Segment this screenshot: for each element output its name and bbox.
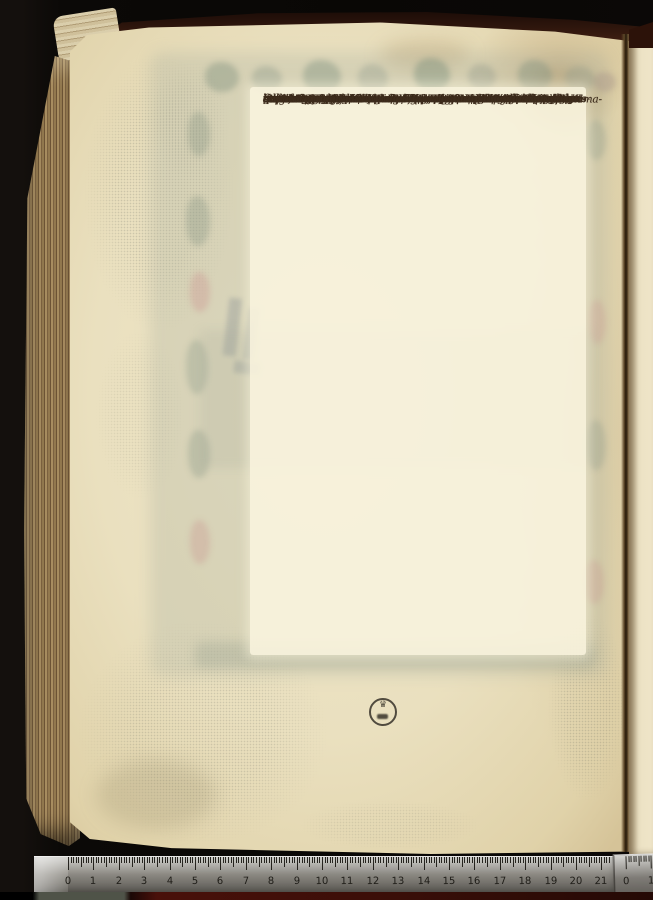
ruler-tick <box>505 857 506 863</box>
ruler-number: 16 <box>468 876 481 887</box>
ruler-tick <box>584 857 585 863</box>
ruler-tick <box>446 857 447 863</box>
ruler-tick <box>558 857 559 863</box>
ruler-tick <box>416 857 417 863</box>
show-through-blob <box>594 72 616 92</box>
ruler-tick <box>101 857 102 863</box>
ruler-tick <box>563 857 564 867</box>
ruler-number: 21 <box>595 876 608 887</box>
ruler-tick <box>132 857 133 867</box>
ruler-tick <box>203 857 204 863</box>
ruler-tick <box>96 857 97 863</box>
ruler-tick <box>330 857 331 863</box>
ruler-tick <box>210 857 211 863</box>
ruler-tick <box>441 857 442 863</box>
ruler-number: 18 <box>519 876 532 887</box>
ruler-tick <box>253 857 254 863</box>
crown-icon: ♛ <box>371 700 395 710</box>
ruler-tick <box>116 857 117 863</box>
ruler-tick <box>88 857 89 863</box>
ruler-tick <box>144 857 145 870</box>
ruler-tick <box>604 857 605 863</box>
ruler-tick <box>76 857 77 863</box>
ruler-tick <box>628 856 629 862</box>
ruler-tick <box>383 857 384 863</box>
ruler-tick <box>124 857 125 863</box>
ruler-tick <box>307 857 308 863</box>
ruler-tick <box>342 857 343 863</box>
ruler-tick <box>411 857 412 867</box>
ruler-tick <box>284 857 285 867</box>
ruler-tick <box>322 857 323 870</box>
ruler-number: 0 <box>65 876 72 887</box>
ruler-tick <box>533 857 534 863</box>
ruler-number: 4 <box>166 876 173 887</box>
ruler-tick <box>121 857 122 863</box>
ruler-tick <box>457 857 458 863</box>
ruler-tick <box>633 856 634 862</box>
ruler-tick <box>213 857 214 863</box>
ruler-tick <box>309 857 310 867</box>
ruler-tick <box>375 857 376 863</box>
ruler-tick <box>635 856 636 862</box>
ruler-tick <box>469 857 470 863</box>
ruler-tick <box>368 857 369 863</box>
ruler-tick <box>68 857 69 870</box>
ruler-end-cap <box>34 856 68 896</box>
ruler-tick <box>391 857 392 863</box>
ruler-tick <box>408 857 409 863</box>
ruler-number: 19 <box>544 876 557 887</box>
ruler-tick <box>142 857 143 863</box>
ruler-tick <box>192 857 193 863</box>
ruler-tick <box>165 857 166 863</box>
ruler-tick <box>472 857 473 863</box>
ruler-tick <box>256 857 257 863</box>
ruler-tick <box>398 857 399 870</box>
ruler-tick <box>606 857 607 863</box>
ruler-tick <box>530 857 531 863</box>
ruler-tick <box>332 857 333 863</box>
ruler-tick <box>198 857 199 863</box>
ruler-tick <box>162 857 163 863</box>
ruler-tick <box>523 857 524 863</box>
ruler-tick <box>352 857 353 863</box>
ruler-number: 1 <box>648 875 653 886</box>
ruler-tick <box>599 857 600 863</box>
ruler-tick <box>314 857 315 863</box>
ruler-number: 9 <box>293 876 300 887</box>
ruler-tick <box>650 855 651 868</box>
ruler-number: 17 <box>493 876 506 887</box>
ruler-tick <box>228 857 229 863</box>
ruler-tick <box>220 857 221 870</box>
ruler-tick <box>177 857 178 863</box>
ruler-tick <box>83 857 84 863</box>
ruler-tick <box>589 857 590 867</box>
ruler-tick <box>200 857 201 863</box>
ruler-tick <box>380 857 381 863</box>
ruler-tick <box>594 857 595 863</box>
ruler-tick <box>225 857 226 863</box>
ruler-tick <box>586 857 587 863</box>
ruler-tick <box>137 857 138 863</box>
ruler-tick <box>317 857 318 863</box>
ruler-tick <box>643 856 644 862</box>
ruler-tick <box>355 857 356 863</box>
ruler-tick <box>454 857 455 863</box>
ruler-tick <box>243 857 244 863</box>
ruler-number: 8 <box>268 876 275 887</box>
ruler-tick <box>264 857 265 863</box>
ruler-tick <box>640 856 641 862</box>
ruler-tick <box>579 857 580 863</box>
ruler-tick <box>119 857 120 870</box>
ruler-tick <box>403 857 404 863</box>
ruler-tick <box>248 857 249 863</box>
ruler-tick <box>477 857 478 863</box>
ruler-tick <box>241 857 242 863</box>
ruler-number: 15 <box>443 876 456 887</box>
ruler-tick <box>185 857 186 863</box>
ruler-tick <box>231 857 232 863</box>
show-through-blob <box>586 120 606 160</box>
ruler-tick <box>261 857 262 863</box>
ruler-tick <box>345 857 346 863</box>
ruler-tick <box>439 857 440 863</box>
ruler-tick <box>576 857 577 870</box>
ruler-tick <box>223 857 224 863</box>
ruler-tick <box>236 857 237 863</box>
ruler-tick <box>106 857 107 867</box>
ruler-tick <box>500 857 501 870</box>
ruler-tick <box>233 857 234 867</box>
show-through-blob <box>188 112 210 156</box>
ruler-tick <box>609 857 610 863</box>
ruler-tick <box>535 857 536 863</box>
ruler-tick <box>360 857 361 867</box>
ruler-tick <box>464 857 465 863</box>
ruler-tick <box>370 857 371 863</box>
ruler-tick <box>365 857 366 863</box>
ruler-tick <box>479 857 480 863</box>
ruler-tick <box>373 857 374 870</box>
ruler-tick <box>304 857 305 863</box>
ruler-tick <box>187 857 188 863</box>
ruler-tick <box>91 857 92 863</box>
show-through-blob <box>190 272 210 312</box>
manuscript-line: impatorem uellent alter non eet electus.… <box>263 92 566 109</box>
ruler-tick <box>218 857 219 863</box>
ruler-tick <box>421 857 422 863</box>
ruler-tick <box>513 857 514 867</box>
ruler-tick <box>467 857 468 863</box>
ruler-tick <box>134 857 135 863</box>
ruler-tick <box>205 857 206 863</box>
ruler-tick <box>159 857 160 863</box>
ruler-tick <box>154 857 155 863</box>
ruler-tick <box>507 857 508 863</box>
ruler-number: 20 <box>570 876 583 887</box>
ruler-tick <box>98 857 99 863</box>
ruler-tick <box>337 857 338 863</box>
ruler-tick <box>492 857 493 863</box>
ruler-tick <box>347 857 348 870</box>
ruler-tick <box>292 857 293 863</box>
ruler-tick <box>591 857 592 863</box>
facing-page-edge <box>629 30 653 854</box>
ruler-tick <box>434 857 435 863</box>
ruler-tick <box>312 857 313 863</box>
ruler-number: 5 <box>192 876 199 887</box>
ruler-tick <box>81 857 82 867</box>
ruler-tick <box>510 857 511 863</box>
ruler-tick <box>474 857 475 870</box>
ruler-number: 6 <box>217 876 224 887</box>
ruler-number: 3 <box>141 876 148 887</box>
ruler-tick <box>157 857 158 867</box>
ruler-tick <box>540 857 541 863</box>
ruler-tick <box>274 857 275 863</box>
ruler-tick <box>551 857 552 870</box>
ruler-tick <box>449 857 450 870</box>
ruler-tick <box>497 857 498 863</box>
ruler-tick <box>452 857 453 863</box>
ruler-tick <box>297 857 298 870</box>
ruler-number: 2 <box>116 876 123 887</box>
ruler-tick <box>482 857 483 863</box>
ruler-tick <box>485 857 486 863</box>
ruler-number: 0 <box>623 876 630 887</box>
ruler-tick <box>147 857 148 863</box>
ruler-tick <box>208 857 209 867</box>
ruler-tick <box>238 857 239 863</box>
ruler-tick <box>170 857 171 870</box>
ruler-number: 14 <box>417 876 430 887</box>
ruler-tick <box>129 857 130 863</box>
ruler-tick <box>104 857 105 863</box>
ruler-tick <box>167 857 168 863</box>
ruler-tick <box>431 857 432 863</box>
ruler-tick <box>515 857 516 863</box>
ruler-number: 13 <box>392 876 405 887</box>
ruler-tick <box>86 857 87 863</box>
table-edge <box>0 892 653 900</box>
ruler-number: 1 <box>90 876 97 887</box>
ruler-tick <box>543 857 544 863</box>
ruler-tick <box>571 857 572 863</box>
ruler-tick <box>195 857 196 870</box>
show-through-blob <box>584 560 604 604</box>
ruler-tick <box>553 857 554 863</box>
ruler-tick <box>556 857 557 863</box>
ruler-tick <box>251 857 252 863</box>
ruler-tick <box>538 857 539 867</box>
ruler-tick <box>71 857 72 863</box>
ruler-tick <box>180 857 181 863</box>
ruler-tick <box>459 857 460 863</box>
ruler-tick <box>246 857 247 870</box>
ruler-tick <box>648 856 649 862</box>
ruler-tick <box>271 857 272 870</box>
ruler-tick <box>363 857 364 863</box>
ruler-tick <box>444 857 445 863</box>
ruler-tick <box>502 857 503 863</box>
ruler-tick <box>269 857 270 863</box>
ruler-tick <box>114 857 115 863</box>
ruler-tick <box>149 857 150 863</box>
ruler-tick <box>350 857 351 863</box>
ruler-tick <box>528 857 529 863</box>
ruler-tick <box>396 857 397 863</box>
ruler-tick <box>518 857 519 863</box>
stamp-monogram <box>377 714 388 719</box>
ruler-tick <box>393 857 394 863</box>
ruler-tick <box>581 857 582 863</box>
speckle-stain <box>300 800 480 850</box>
ruler-tick <box>413 857 414 863</box>
ruler-tick <box>424 857 425 870</box>
ruler-tick <box>126 857 127 863</box>
ruler-tick <box>638 856 639 866</box>
manuscript-text-block: redde. ego gratulor felicitati tue si ta… <box>263 92 585 644</box>
ruler-tick <box>601 857 602 870</box>
ruler-tick <box>419 857 420 863</box>
ruler-tick <box>630 856 631 862</box>
ruler-tick <box>279 857 280 863</box>
ruler-tick <box>561 857 562 863</box>
ruler-number: 12 <box>366 876 379 887</box>
ruler-tick <box>645 856 646 862</box>
ruler-tick <box>487 857 488 867</box>
ruler-tick <box>93 857 94 870</box>
ruler-tick <box>566 857 567 863</box>
ruler-tick <box>327 857 328 863</box>
ruler-number: 11 <box>341 876 354 887</box>
ruler-tick <box>520 857 521 863</box>
ruler-tick <box>175 857 176 863</box>
ruler-second-segment: 01 <box>612 853 653 896</box>
ruler-tick <box>139 857 140 863</box>
ruler-tick <box>548 857 549 863</box>
ruler-tick <box>490 857 491 863</box>
ruler-tick <box>462 857 463 867</box>
ruler-tick <box>335 857 336 867</box>
ruler-tick <box>429 857 430 863</box>
ruler-tick <box>302 857 303 863</box>
ruler-tick <box>215 857 216 863</box>
show-through-blob <box>186 196 210 246</box>
ruler-tick <box>406 857 407 863</box>
ruler-tick <box>525 857 526 870</box>
manuscript-photo: redde. ego gratulor felicitati tue si ta… <box>0 0 653 900</box>
ruler-tick <box>281 857 282 863</box>
show-through-blob <box>190 520 210 564</box>
ruler-tick <box>276 857 277 863</box>
ruler-number: 10 <box>316 876 329 887</box>
ruler-tick <box>299 857 300 863</box>
ruler-tick <box>378 857 379 863</box>
ruler-tick <box>596 857 597 863</box>
ruler-number: 7 <box>243 876 250 887</box>
ruler-tick <box>182 857 183 867</box>
ruler-tick <box>401 857 402 863</box>
ruler-tick <box>436 857 437 867</box>
ruler: 01 0123456789101112131415161718192021 <box>34 856 653 896</box>
ruler-tick <box>294 857 295 863</box>
ruler-tick <box>358 857 359 863</box>
ruler-tick <box>289 857 290 863</box>
ruler-tick <box>568 857 569 863</box>
ruler-tick <box>172 857 173 863</box>
ruler-tick <box>495 857 496 863</box>
library-stamp: ♛ <box>369 698 397 726</box>
ruler-tick <box>426 857 427 863</box>
ruler-tick <box>152 857 153 863</box>
ruler-tick <box>266 857 267 863</box>
ruler-tick <box>319 857 320 863</box>
ruler-tick <box>388 857 389 863</box>
ruler-tick <box>573 857 574 863</box>
ruler-tick <box>73 857 74 863</box>
ruler-tick <box>109 857 110 863</box>
ruler-tick <box>78 857 79 863</box>
ruler-tick <box>259 857 260 867</box>
ruler-tick <box>190 857 191 863</box>
ruler-tick <box>340 857 341 863</box>
page-stain <box>96 760 216 830</box>
ruler-tick <box>546 857 547 863</box>
show-through-blob <box>205 62 239 92</box>
ruler-tick <box>625 856 626 869</box>
ruler-tick <box>286 857 287 863</box>
ruler-tick <box>386 857 387 867</box>
ruler-tick <box>325 857 326 863</box>
ruler-tick <box>111 857 112 863</box>
